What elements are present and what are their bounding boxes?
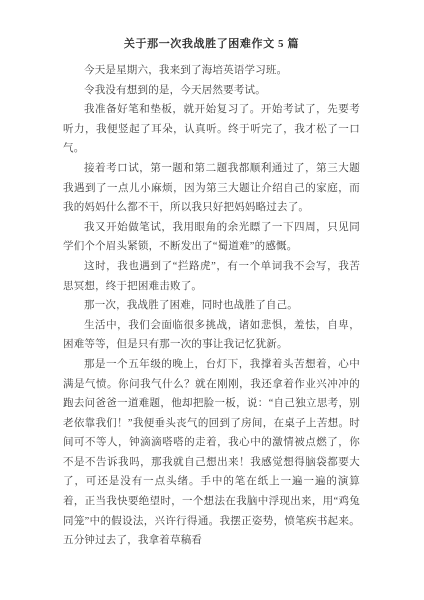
essay-paragraph: 这时，我也遇到了“拦路虎”，有一个单词我不会写，我苦思冥想，终于把困难击败了。 [63, 257, 360, 296]
document-content: 关于那一次我战胜了困难作文 5 篇 今天是星期六，我来到了海培英语学习班。 令我… [0, 0, 424, 551]
essay-paragraph: 那是一个五年级的晚上，台灯下，我撑着头苦想着，心中满是气愤。你问我气什么？就在刚… [63, 355, 360, 551]
essay-paragraph: 我又开始做笔试，我用眼角的余光瞟了一下四周，只见同学们个个眉头紧锁，不断发出了“… [63, 218, 360, 257]
essay-paragraph: 生活中，我们会面临很多挑战，诸如悲惧，羞怯，自卑，困难等等，但是只有那一次的事让… [63, 316, 360, 355]
essay-paragraph: 那一次，我战胜了困难，同时也战胜了自己。 [63, 296, 360, 316]
essay-paragraph: 令我没有想到的是，今天居然要考试。 [63, 81, 360, 101]
essay-paragraph: 我准备好笔和垫板，就开始复习了。开始考试了，先要考听力，我便竖起了耳朵，认真听。… [63, 100, 360, 159]
essay-paragraph: 今天是星期六，我来到了海培英语学习班。 [63, 61, 360, 81]
essay-body: 今天是星期六，我来到了海培英语学习班。 令我没有想到的是，今天居然要考试。 我准… [63, 61, 360, 551]
essay-title: 关于那一次我战胜了困难作文 5 篇 [63, 36, 360, 52]
document-page: 关于那一次我战胜了困难作文 5 篇 今天是星期六，我来到了海培英语学习班。 令我… [0, 0, 424, 600]
essay-paragraph: 接着考口试，第一题和第二题我都顺利通过了，第三大题我遇到了一点儿小麻烦，因为第三… [63, 159, 360, 218]
